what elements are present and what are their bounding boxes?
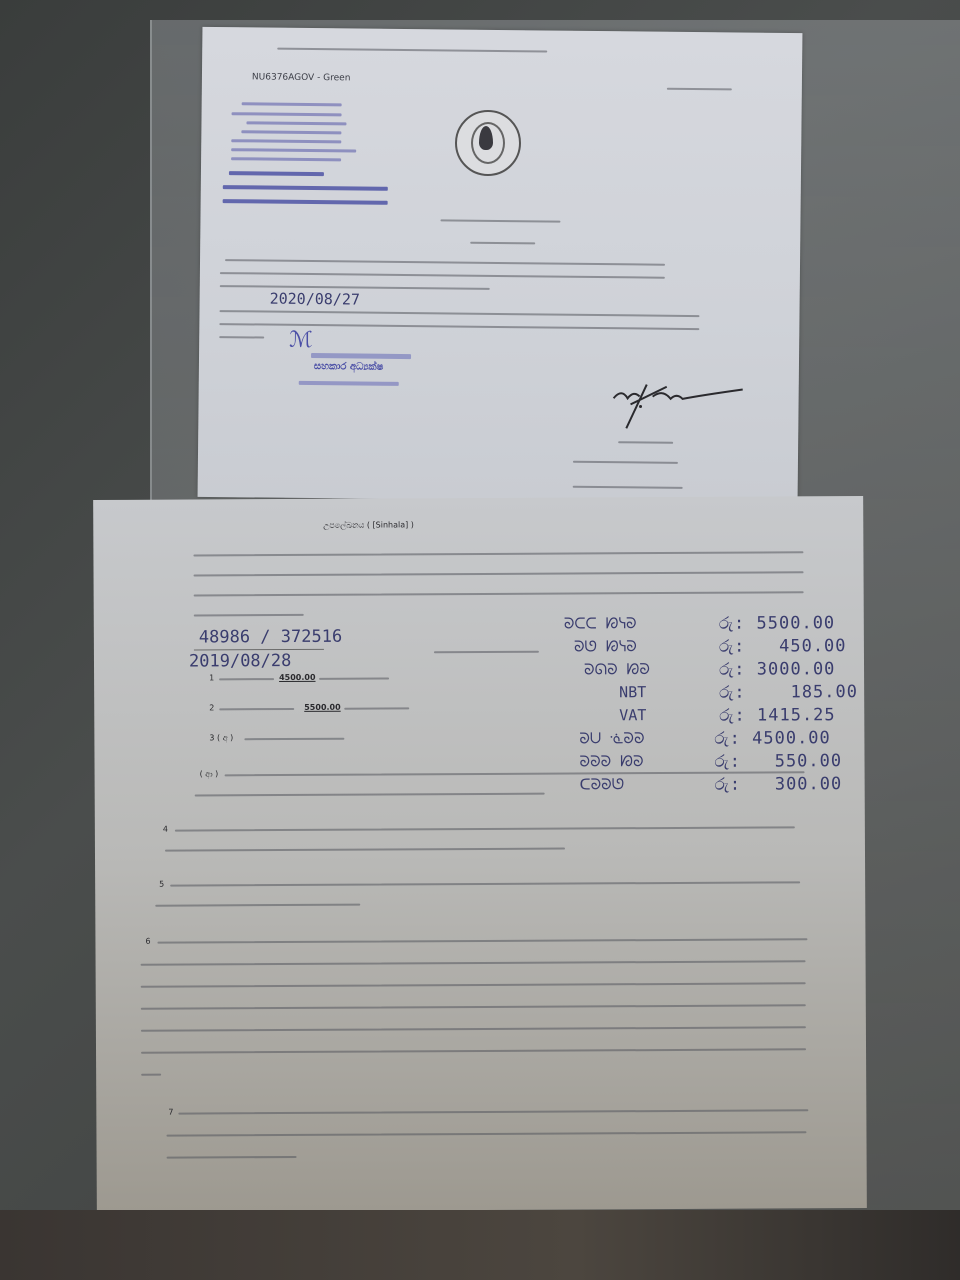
stamp-office: [299, 381, 399, 386]
signature: [608, 376, 769, 438]
fee-amount-nbt: රු: 185.00: [719, 682, 858, 703]
fee-amount-6: රු: 4500.00: [714, 728, 830, 749]
permit-schedule-page: උපලේඛනය ( [Sinhala] ) 48986 / 372516 201…: [93, 496, 867, 1212]
signatory-designation: [573, 461, 678, 464]
permit-page-top: NU6376AGOV - Green 2020/08/27 ℳ සහකාර අධ…: [198, 27, 803, 503]
handwritten-date: 2020/08/27: [270, 290, 360, 309]
stamp-title: සහකාර අධ්‍යක්ෂ: [314, 361, 384, 373]
conditions-heading: [434, 651, 539, 654]
condition-2-amount: 5500.00: [304, 703, 340, 712]
receipt-number: 48986 / 372516: [199, 627, 342, 648]
fee-amount-1: රු: 5500.00: [719, 613, 835, 634]
fee-amount-3: රු: 3000.00: [719, 659, 835, 680]
table-surface: [0, 1210, 960, 1280]
condition-1-amount: 4500.00: [279, 673, 315, 682]
stamp-heading: [229, 171, 324, 176]
government-emblem-logo: [455, 110, 521, 176]
stamp-signature: ℳ: [289, 328, 313, 353]
fee-label-2: ᘐᘎ ᘗᓭᘐ: [574, 637, 637, 655]
stamp-line-1: [223, 185, 388, 191]
fee-amount-vat: රු: 1415.25: [719, 705, 835, 726]
fee-amount-2: රු: 450.00: [719, 636, 847, 657]
fee-label-1: ᘐᑕᑕ ᘗᓭᘐ: [564, 614, 637, 632]
fee-label-7: ᘐᘐᘐ ᘗᘐ: [579, 752, 643, 770]
stamp-line-2: [223, 199, 388, 205]
header-line: [277, 48, 547, 53]
org-name: [440, 219, 560, 222]
permit-title: [470, 242, 535, 245]
schedule-heading: උපලේඛනය ( [Sinhala] ): [323, 520, 414, 530]
fee-label-8: ᑕᘐᘐᘎ: [580, 775, 625, 793]
stamp-name: [311, 353, 411, 359]
reference-code: NU6376AGOV - Green: [252, 72, 351, 83]
receipt-date: 2019/08/28: [189, 651, 291, 672]
fee-label-nbt: NBT: [619, 683, 646, 701]
signatory-name: [618, 441, 673, 444]
fee-amount-8: රු: 300.00: [715, 774, 843, 795]
fee-label-vat: VAT: [619, 706, 646, 724]
fee-label-6: ᘐᑌ ᓍᘐᘐ: [579, 729, 644, 747]
right-reference: [667, 88, 732, 91]
fee-amount-7: රු: 550.00: [714, 751, 842, 772]
signatory-authority: [573, 486, 683, 489]
fee-label-3: ᘐᘏᘐ ᘗᘐ: [584, 660, 650, 678]
